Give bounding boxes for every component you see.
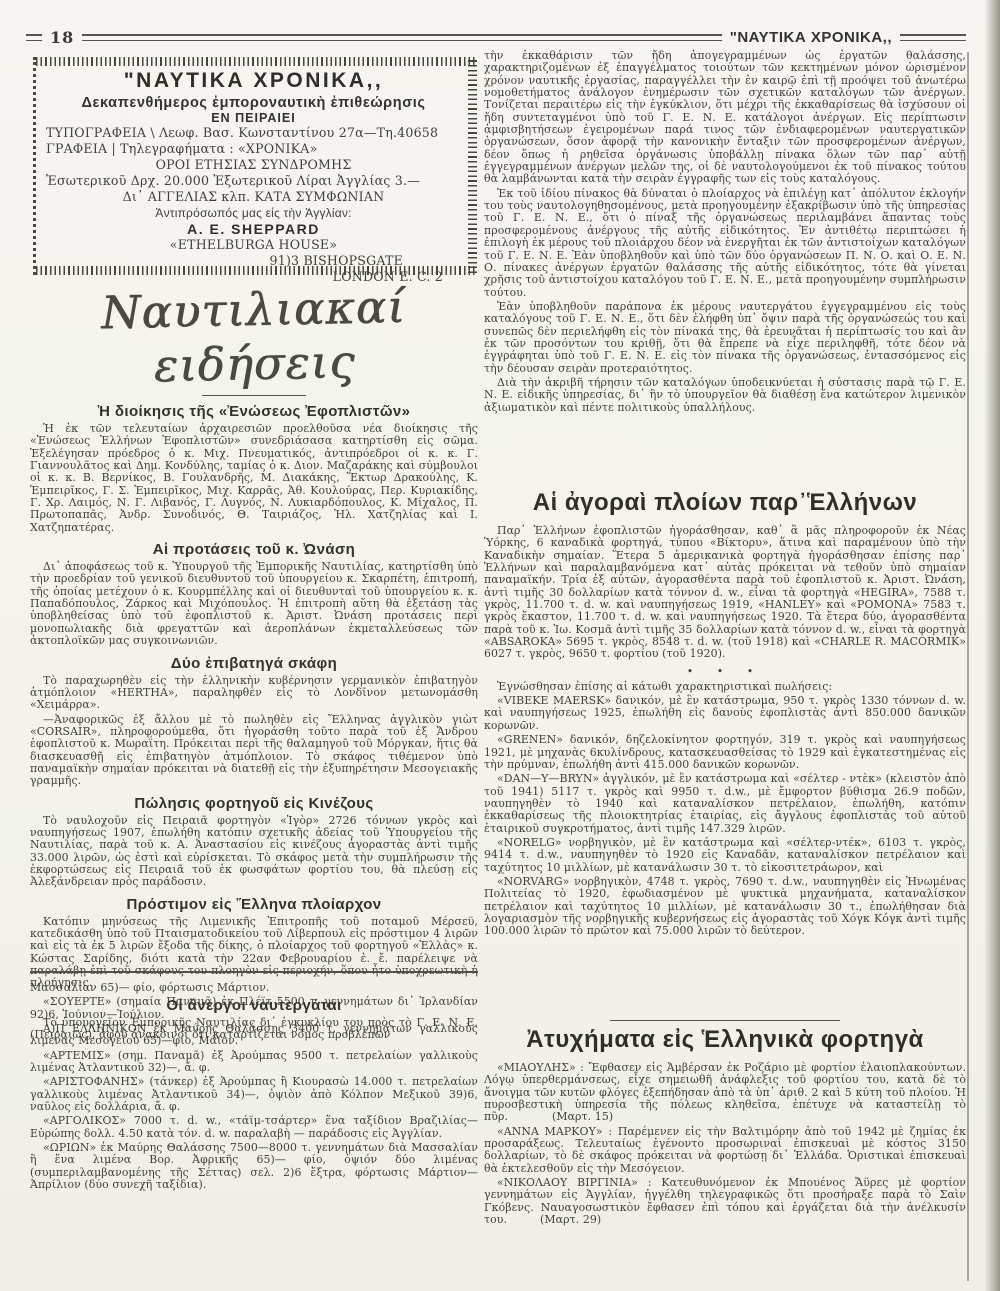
article-board-election: Ἡ διοίκησις τῆς «Ἑνώσεως Ἐφοπλιστῶν» Ἡ ἐ… [30, 403, 478, 534]
header-rule-left [26, 34, 42, 41]
scanned-magazine-page: { "page": { "number": "18", "running_tit… [0, 0, 1000, 1291]
article-paragraph: Τὸ ναυλοχοῦν εἰς Πειραιᾶ φορτηγὸν «Ἰγὸρ»… [30, 815, 478, 889]
article-paragraph: Δι᾽ ἀποφάσεως τοῦ κ. Ὑπουργοῦ τῆς Ἐμπορι… [30, 561, 478, 647]
article-cargo-sale-chinese: Πώλησις φορτηγοῦ εἰς Κινέζους Τὸ ναυλοχο… [30, 795, 478, 889]
masthead-subtitle: Δεκαπενθήμερος ἐμποροναυτικὴ ἐπιθεώρησις [46, 95, 461, 111]
fixtures-list: Μασσαλίαν 65)— φίο, φόρτωσις Μάρτιον. «Σ… [30, 982, 478, 1194]
accident-item: «ΑΝΝΑ ΜΑΡΚΟΥ» : Παρέμενεν εἰς τὴν Βαλτιμ… [484, 1126, 966, 1175]
article-two-passenger-ships: Δύο ἐπιβατηγά σκάφη Τὸ παραχωρηθὲν εἰς τ… [30, 655, 478, 788]
left-column: Ναυτιλιακαί ειδήσεις Ἡ διοίκησις τῆς «Ἑν… [30, 283, 478, 1043]
sale-item: «DAN—Y—BRYN» ἀγγλικόν, μὲ ἓν κατάστρωμα … [484, 773, 966, 835]
fixture-item: «ΣΟΥΕΡΤΕ» (σημαία Παναμᾶ) ἐκ Πλέϊτ 5500 … [30, 996, 478, 1021]
masthead-subscription-line: Ἐσωτερικοῦ Δρχ. 20.000 Ἐξωτερικοῦ Λίραι … [46, 173, 461, 189]
accident-item: «ΜΙΑΟΥΛΗΣ» : Ἔφθασεν εἰς Ἀμβέρσαν ἐκ Ροζ… [484, 1062, 966, 1124]
masthead-location: ΕΝ ΠΕΙΡΑΙΕΙ [46, 111, 461, 125]
sales-intro: Ἐγνώσθησαν ἐπίσης αἱ κάτωθι χαρακτηριστι… [484, 681, 966, 693]
article-heading: Πρόστιμον εἰς Ἕλληνα πλοίαρχον [30, 896, 478, 913]
article-paragraph: Τὸ παραχωρηθὲν εἰς τὴν ἑλληνικὴν κυβέρνη… [30, 675, 478, 712]
article-heading: Αἱ ἀγοραὶ πλοίων παρ᾽Ἑλλήνων [484, 489, 966, 517]
left-column-divider-rule [30, 971, 478, 973]
article-captain-fine: Πρόστιμον εἰς Ἕλληνα πλοίαρχον Κατόπιν μ… [30, 896, 478, 990]
fixture-item: Α)Π ΕΛΛΗΝΙΚΟΝ ἐκ Μαύρης Θαλάσσης 3400 τ.… [30, 1023, 478, 1048]
right-column-continuation: τὴν ἐκκαθάρισιν τῶν ἤδη ἀπογεγραμμένων ὡ… [484, 50, 966, 416]
masthead-agent-intro: Ἀντιπρόσωπός μας εἰς τὴν Ἀγγλίαν: [46, 205, 461, 221]
scan-edge-shadow [984, 0, 1000, 1291]
section-script-title: Ναυτιλιακαί ειδήσεις [29, 278, 479, 395]
accident-item: «ΝΙΚΟΛΑΟΥ ΒΙΡΓΙΝΙΑ» : Κατευθυνόμενον ἐκ … [484, 1177, 966, 1226]
article-paragraph: Ἡ ἐκ τῶν τελευταίων ἀρχαιρεσιῶν προελθοῦ… [30, 423, 478, 534]
article-heading: Πώλησις φορτηγοῦ εἰς Κινέζους [30, 795, 478, 812]
article-heading: Δύο ἐπιβατηγά σκάφη [30, 655, 478, 672]
sale-item: «VIBEKE MAERSK» δανικόν, μὲ ἓν κατάστρωμ… [484, 695, 966, 732]
article-heading: Ἡ διοίκησις τῆς «Ἑνώσεως Ἐφοπλιστῶν» [30, 403, 478, 420]
sale-item: «NORVARG» νορβηγικὸν, 4748 τ. γκρὸς, 769… [484, 876, 966, 938]
fixture-item: «ΑΡΓΟΛΙΚΟΣ» 7000 τ. d. w., «τάϊμ-τσάρτερ… [30, 1115, 478, 1140]
article-paragraph: Κατόπιν μηνύσεως τῆς Λιμενικῆς Ἐπιτροπῆς… [30, 916, 478, 990]
continuation-paragraph: Διὰ τὴν ἀκριβῆ τήρησιν τῶν καταλόγων ὑπο… [484, 377, 966, 414]
masthead-title: "ΝΑΥΤΙΚΑ ΧΡΟΝΙΚΑ,, [46, 69, 461, 93]
masthead-agent-name: A. E. SHEPPARD [46, 221, 461, 237]
sale-item: «NORELG» νορβηγικὸν, μὲ ἓν κατάστρωμα κα… [484, 837, 966, 874]
heading-rule [610, 1020, 840, 1021]
masthead-border-top [36, 57, 477, 66]
sale-item: «GRENEN» δανικόν, δηζελοκίνητον φορτηγόν… [484, 734, 966, 771]
continuation-paragraph: Ἐκ τοῦ ἰδίου πίνακος θὰ δύναται ὁ πλοίαρ… [484, 188, 966, 299]
running-header: 18 "ΝΑΥΤΙΚΑ ΧΡΟΝΙΚΑ,, [26, 28, 966, 47]
masthead-address-1: ΤΥΠΟΓΡΑΦΕΙΑ \ Λεωφ. Βασ. Κωνσταντίνου 27… [46, 125, 461, 141]
masthead-ads-line: Δι᾽ ΑΓΓΕΛΙΑΣ κλπ. ΚΑΤΑ ΣΥΜΦΩΝΙΑΝ [46, 189, 461, 205]
masthead-address-2: ΓΡΑΦΕΙΑ | Τηλεγραφήματα : «ΧΡΟΝΙΚΑ» [46, 141, 461, 157]
page-number: 18 [50, 28, 74, 47]
fixture-item: «ΑΡΤΕΜΙΣ» (σημ. Παναμᾶ) ἐξ Ἀρούμπας 9500… [30, 1050, 478, 1075]
article-ship-purchases: Αἱ ἀγοραὶ πλοίων παρ᾽Ἑλλήνων Παρ᾽ Ἑλλήνω… [484, 487, 966, 940]
masthead-border-bottom [36, 266, 477, 275]
article-heading: Αἱ προτάσεις τοῦ κ. Ὠνάση [30, 541, 478, 558]
article-accidents: Ἀτυχήματα εἰς Ἑλληνικὰ φορτηγὰ «ΜΙΑΟΥΛΗΣ… [484, 1020, 966, 1228]
section-title-rule [202, 395, 306, 396]
fixture-item: Μασσαλίαν 65)— φίο, φόρτωσις Μάρτιον. [30, 982, 478, 994]
article-paragraph: —Ἀναφορικῶς ἐξ ἄλλου μὲ τὸ πωληθὲν εἰς Ἕ… [30, 714, 478, 788]
fixture-item: «ΩΡΙΩΝ» ἐκ Μαύρης Θαλάσσης 7500—8000 τ. … [30, 1142, 478, 1191]
masthead-border-right [468, 59, 477, 273]
continuation-paragraph: Ἐὰν ὑποβληθοῦν παράπονα ἐκ μέρους ναυτερ… [484, 301, 966, 375]
article-heading: Ἀτυχήματα εἰς Ἑλληνικὰ φορτηγὰ [484, 1026, 966, 1054]
article-paragraph: Παρ᾽ Ἑλλήνων ἐφοπλιστῶν ἠγοράσθησαν, καθ… [484, 525, 966, 661]
article-onassis-proposals: Αἱ προτάσεις τοῦ κ. Ὠνάση Δι᾽ ἀποφάσεως … [30, 541, 478, 647]
asterisk-separator: • • • [484, 665, 966, 678]
header-rule-middle [82, 34, 721, 41]
journal-running-title: "ΝΑΥΤΙΚΑ ΧΡΟΝΙΚΑ,, [730, 29, 892, 46]
masthead-subscription-heading: ΟΡΟΙ ΕΤΗΣΙΑΣ ΣΥΝΔΡΟΜΗΣ [46, 157, 461, 173]
masthead-agent-house: «ETHELBURGA HOUSE» [46, 237, 461, 253]
masthead-box: "ΝΑΥΤΙΚΑ ΧΡΟΝΙΚΑ,, Δεκαπενθήμερος ἐμπορο… [33, 57, 477, 275]
header-rule-right [900, 34, 966, 41]
fixture-item: «ΑΡΙΣΤΟΦΑΝΗΣ» (τάνκερ) ἐξ Ἀρούμπας ἢ Κιο… [30, 1076, 478, 1113]
page-border-line [967, 52, 969, 1281]
continuation-paragraph: τὴν ἐκκαθάρισιν τῶν ἤδη ἀπογεγραμμένων ὡ… [484, 50, 966, 186]
